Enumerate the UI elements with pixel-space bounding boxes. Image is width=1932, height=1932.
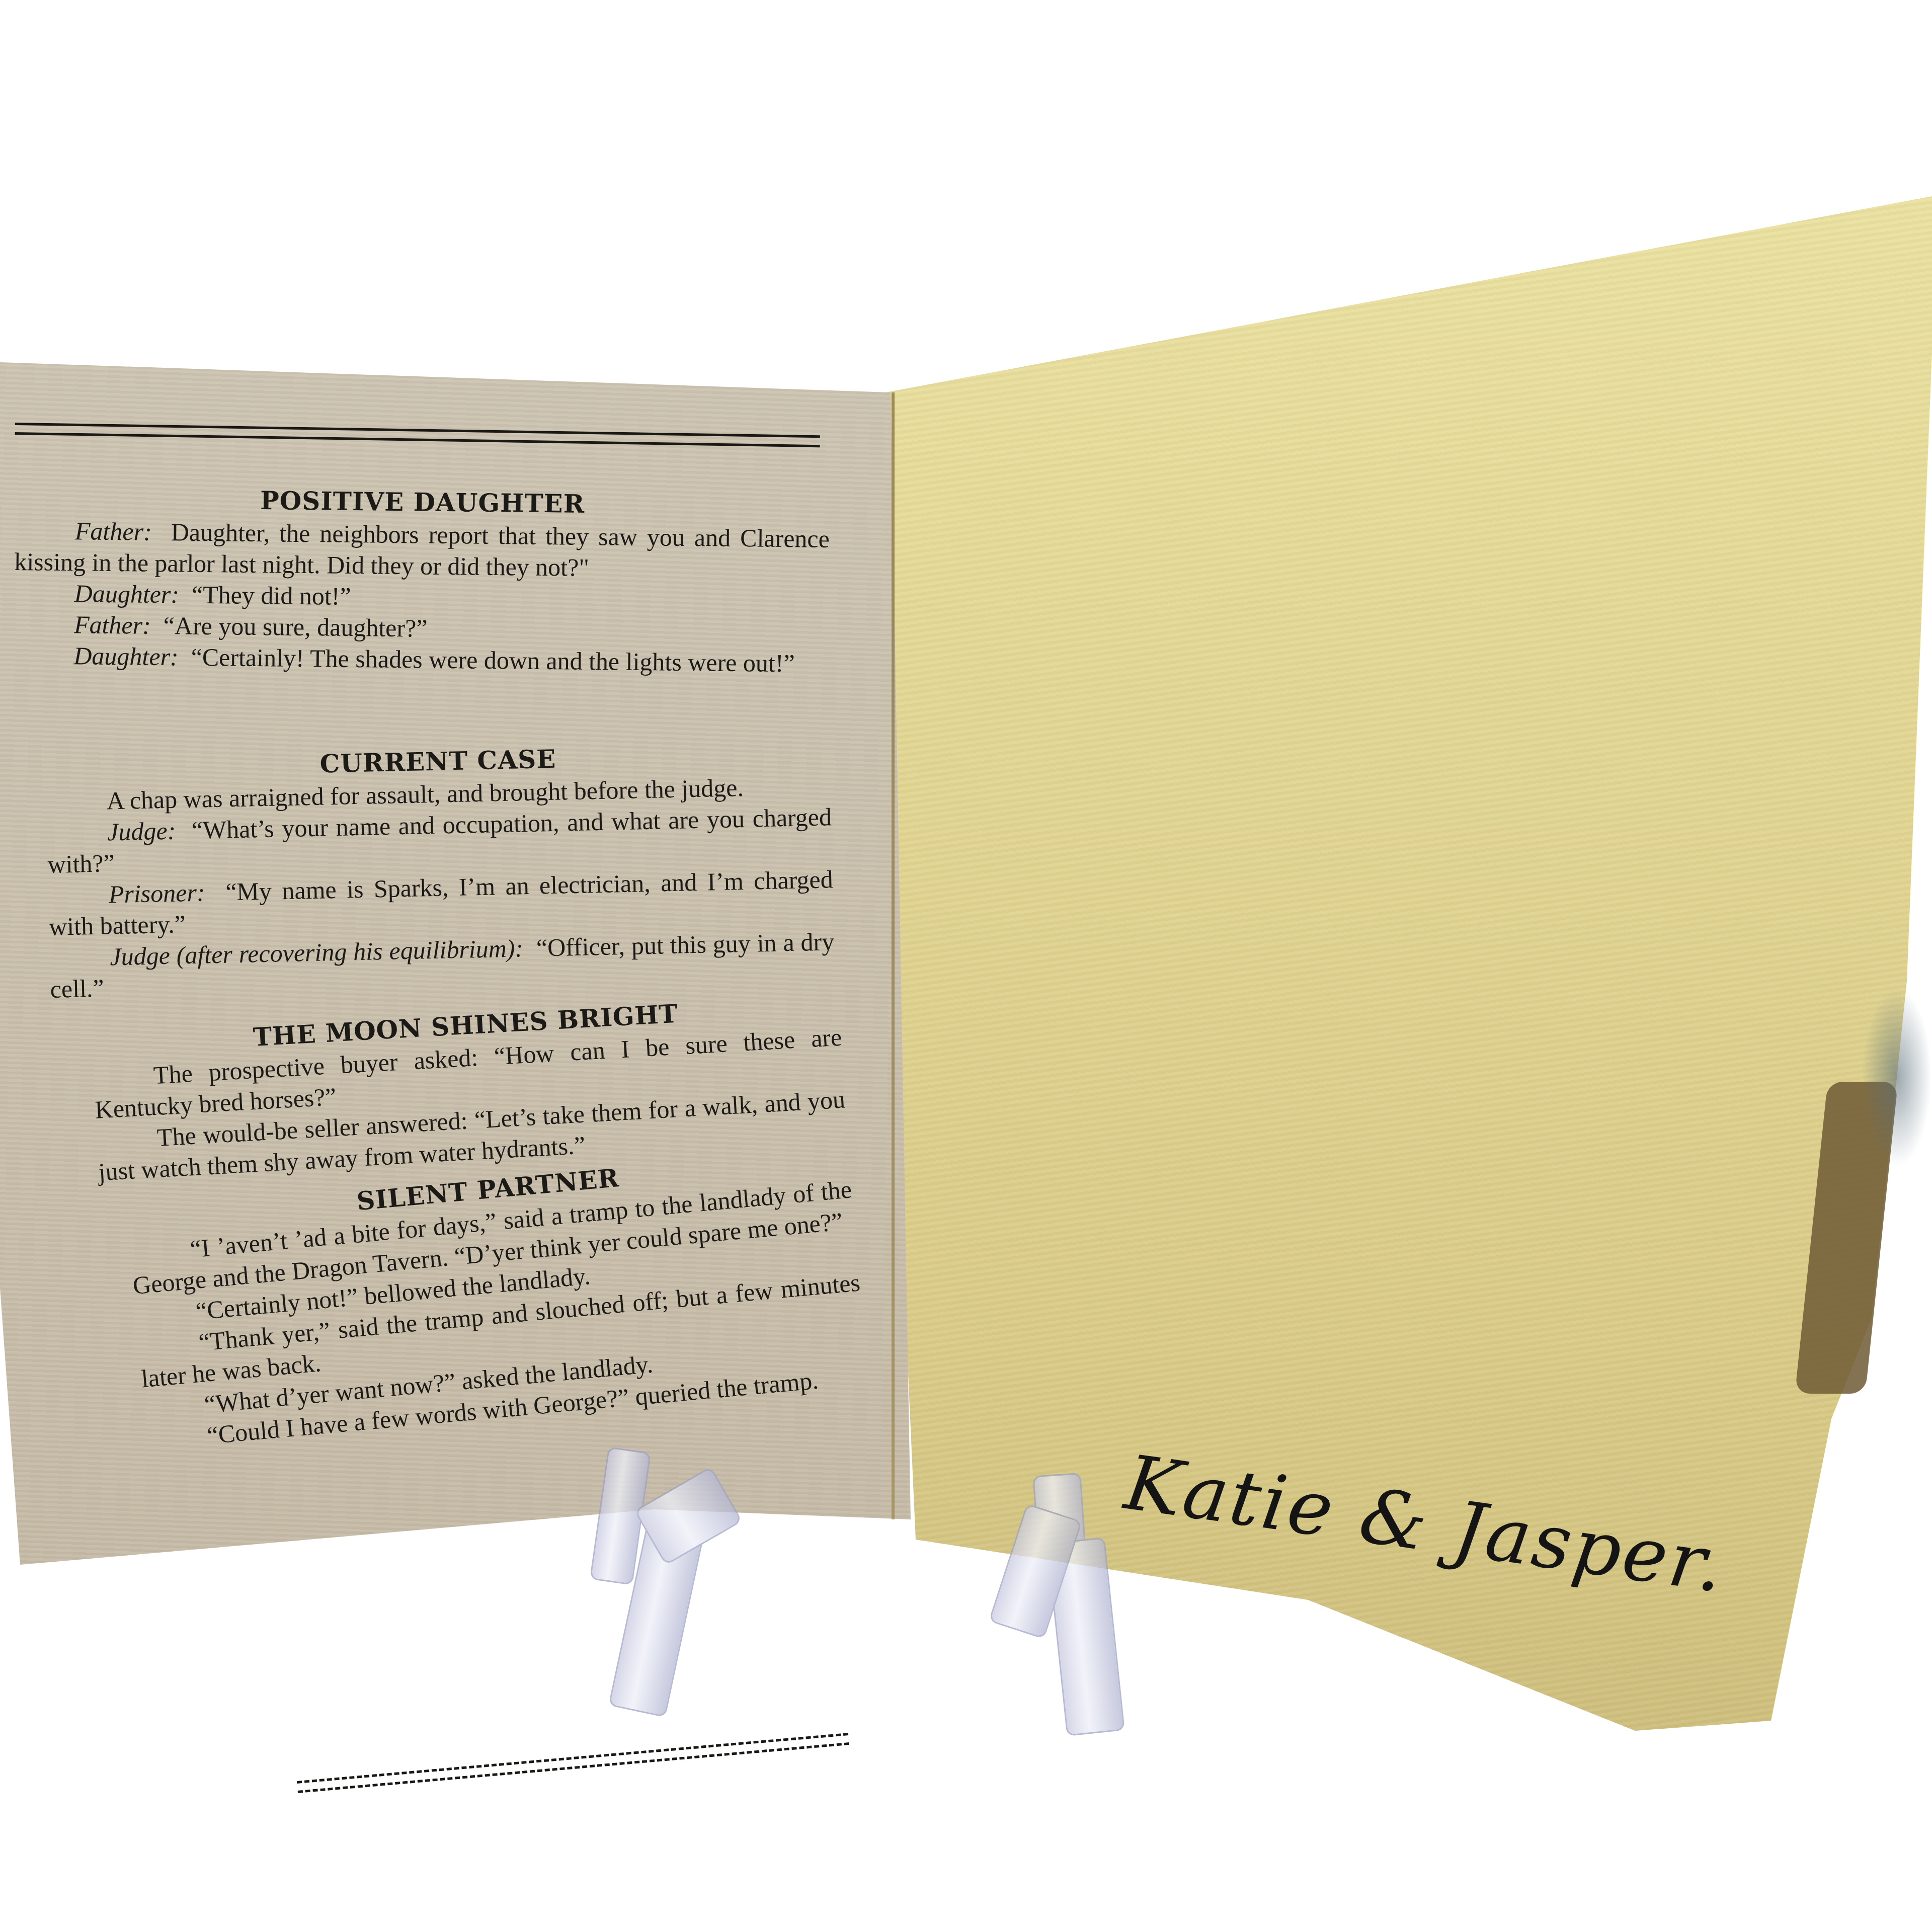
paragraph: Father: Daughter, the neighbors report t… [14, 515, 830, 586]
booklet-photo: POSITIVE DAUGHTER Father: Daughter, the … [0, 0, 1932, 1932]
section-positive-daughter: POSITIVE DAUGHTER Father: Daughter, the … [13, 483, 830, 679]
bottom-double-rule [297, 1733, 849, 1793]
booklet-spine [892, 392, 895, 1519]
background-smudge [1862, 986, 1932, 1167]
section-current-case: CURRENT CASE A chap was arraigned for as… [45, 738, 835, 1005]
